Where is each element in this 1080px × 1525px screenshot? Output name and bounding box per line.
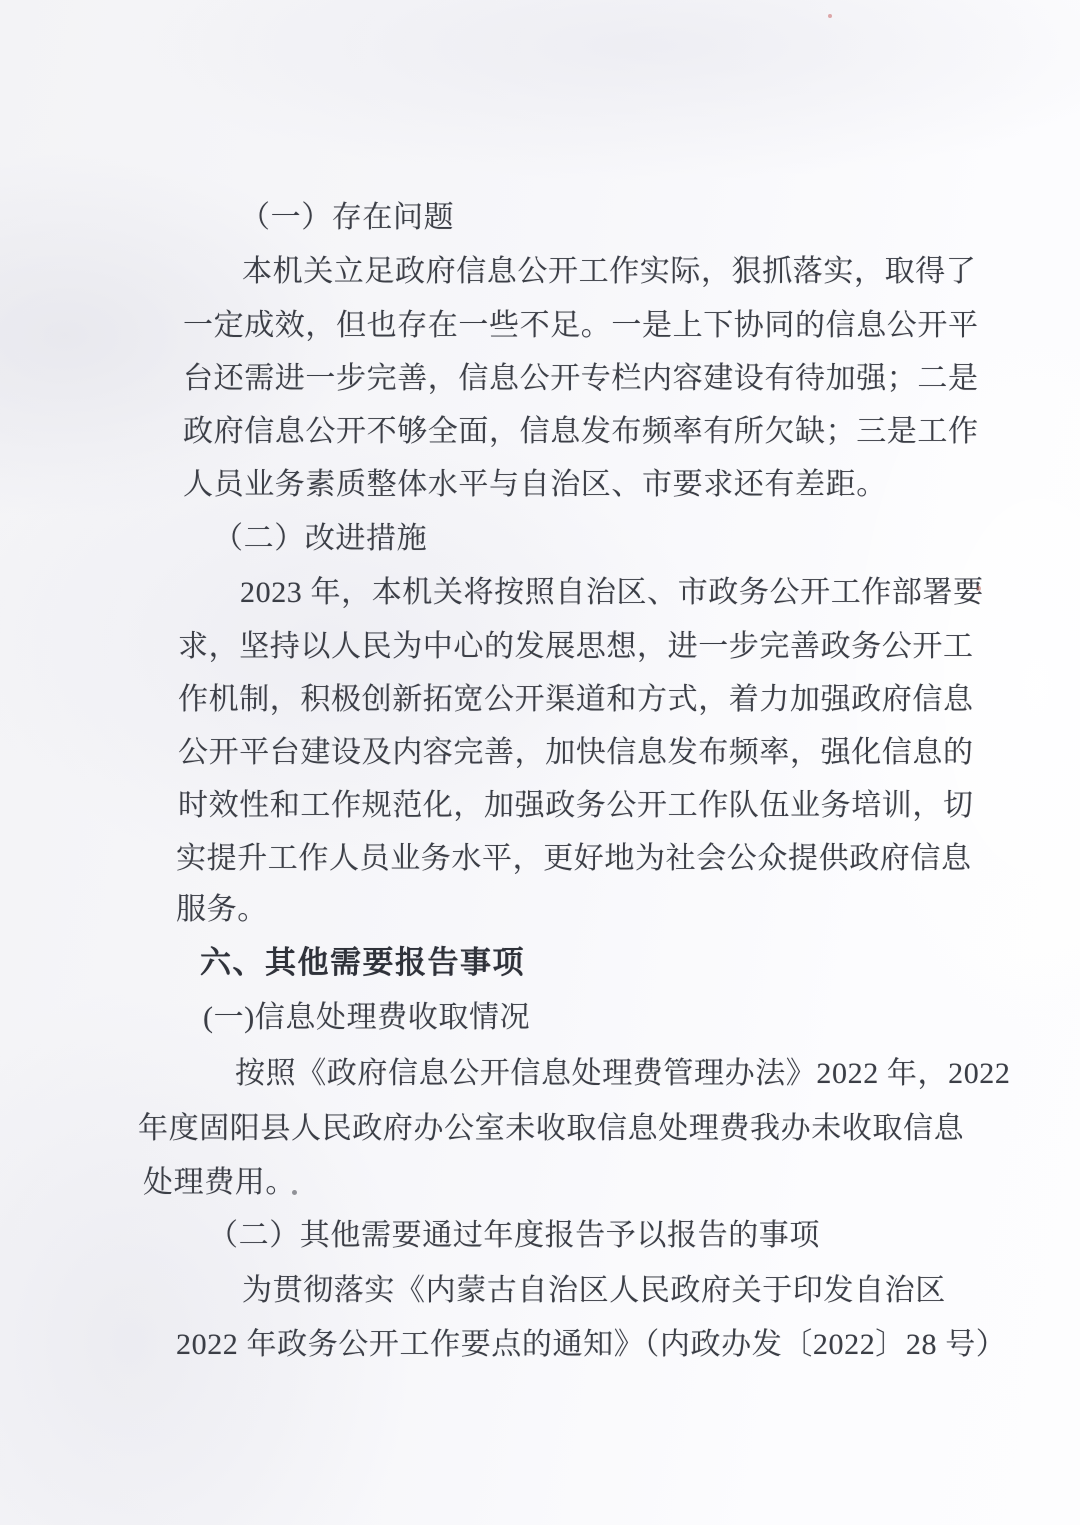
text-line: 求，坚持以人民为中心的发展思想，进一步完善政务公开工 (178, 621, 974, 665)
subheading-processing-fee: (一)信息处理费收取情况 (203, 992, 530, 1036)
text-line: 2022 年政务公开工作要点的通知》（内政办发〔2022〕28 号） (176, 1319, 1006, 1363)
text-line: 2023 年，本机关将按照自治区、市政务公开工作部署要 (240, 567, 984, 611)
text-line: 服务。 (176, 884, 268, 928)
text-line: 人员业务素质整体水平与自治区、市要求还有差距。 (183, 459, 887, 503)
text-line: 台还需进一步完善，信息公开专栏内容建设有待加强；二是 (183, 353, 979, 397)
section-heading-other-matters: 六、其他需要报告事项 (200, 937, 525, 982)
subheading-improvement-measures: （二）改进措施 (213, 513, 427, 557)
text-line: 公开平台建设及内容完善，加快信息发布频率，强化信息的 (178, 727, 974, 771)
text-line: 作机制，积极创新拓宽公开渠道和方式，着力加强政府信息 (178, 674, 974, 718)
text-line: 为贯彻落实《内蒙古自治区人民政府关于印发自治区 (242, 1265, 946, 1309)
text-line: 一定成效，但也存在一些不足。一是上下协同的信息公开平 (183, 300, 979, 344)
text-line: 本机关立足政府信息公开工作实际，狠抓落实，取得了 (242, 246, 976, 290)
stray-red-speck (977, 586, 981, 591)
text-line: 年度固阳县人民政府办公室未收取信息处理费我办未收取信息 (138, 1103, 964, 1147)
text-line: 实提升工作人员业务水平，更好地为社会公众提供政府信息 (176, 833, 972, 877)
text-line: 按照《政府信息公开信息处理费管理办法》2022 年，2022 (235, 1048, 1011, 1092)
text-line: 处理费用。 (143, 1157, 296, 1201)
document-page: （一）存在问题 本机关立足政府信息公开工作实际，狠抓落实，取得了 一定成效，但也… (0, 0, 1080, 1525)
subheading-existing-problems: （一）存在问题 (240, 192, 454, 236)
subheading-other-annual-report-items: （二）其他需要通过年度报告予以报告的事项 (208, 1210, 820, 1254)
text-line: 政府信息公开不够全面，信息发布频率有所欠缺；三是工作 (183, 406, 979, 450)
text-line: 时效性和工作规范化，加强政务公开工作队伍业务培训，切 (178, 780, 974, 824)
stray-ink-dot (292, 1190, 297, 1195)
stray-red-speck (828, 14, 832, 18)
